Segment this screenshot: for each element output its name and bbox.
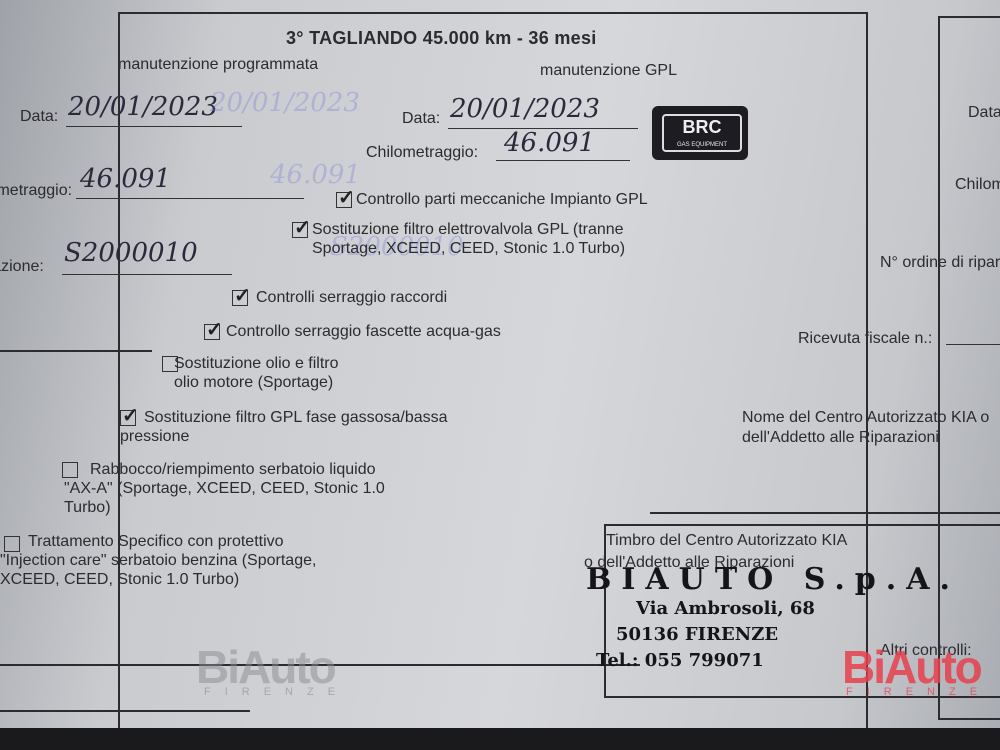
checkbox-3[interactable] [204, 324, 220, 340]
gpl-km-value[interactable]: 46.091 [504, 128, 595, 158]
stamp-phone: Tel.: 055 799071 [596, 650, 764, 671]
watermark-sub: FIRENZE [846, 686, 991, 698]
brc-logo-subtext: GAS EQUIPMENT [664, 141, 740, 149]
date-ghost: 20/01/2023 [210, 88, 360, 118]
next-order-label: N° ordine di riparazione [880, 254, 1000, 272]
stamp-label: Timbro del Centro Autorizzato KIA [606, 532, 847, 550]
watermark-sub-faded: FIRENZE [204, 686, 349, 698]
km-underline [76, 198, 304, 199]
gpl-km-label: Chilometraggio: [366, 144, 478, 162]
checklist-item: Trattamento Specifico con protettivo "In… [0, 532, 320, 589]
checklist-item: Rabbocco/riempimento serbatoio liquido "… [64, 460, 404, 517]
checklist-item: Sostituzione filtro GPL fase gassosa/bas… [120, 408, 470, 446]
checklist-item: Sostituzione filtro elettrovalvola GPL (… [312, 220, 632, 258]
checkbox-2[interactable] [232, 290, 248, 306]
checklist-item: Controllo serraggio fascette acqua-gas [226, 322, 501, 341]
gpl-date-value[interactable]: 20/01/2023 [450, 94, 600, 124]
divider [0, 710, 250, 712]
divider [0, 350, 152, 352]
section-right-label: manutenzione GPL [540, 62, 677, 80]
checklist-item: Controllo parti meccaniche Impianto GPL [356, 190, 648, 209]
gpl-date-label: Data: [402, 110, 440, 128]
order-value[interactable]: S2000010 [64, 238, 198, 268]
stamp-address: Via Ambrosoli, 68 [636, 598, 815, 619]
section-left-label: manutenzione programmata [118, 56, 318, 74]
stamp-company: BIAUTO S.p.A. [586, 562, 960, 597]
next-date-label: Data: [968, 104, 1000, 122]
stamp-city: 50136 FIRENZE [616, 624, 778, 645]
page-title: 3° TAGLIANDO 45.000 km - 36 mesi [286, 28, 597, 49]
photo-bottom-edge [0, 728, 1000, 750]
gpl-km-underline [496, 160, 630, 161]
brc-logo-text: BRC [683, 117, 722, 137]
receipt-underline [946, 344, 1000, 345]
checklist-item: Sostituzione olio e filtro olio motore (… [174, 354, 354, 392]
checkbox-0[interactable] [336, 192, 352, 208]
order-underline [62, 274, 232, 275]
date-label: Data: [20, 108, 58, 126]
divider [650, 512, 1000, 514]
date-value[interactable]: 20/01/2023 [68, 92, 218, 122]
km-label: Chilometraggio: [0, 182, 72, 200]
checklist-item: Controlli serraggio raccordi [256, 288, 447, 307]
next-km-label: Chilometraggio: [955, 176, 1000, 194]
center-name-label: Nome del Centro Autorizzato KIA o dell'A… [742, 408, 1000, 448]
km-value[interactable]: 46.091 [80, 164, 171, 194]
order-label: N° ordine di riparazione: [0, 258, 44, 276]
date-underline [66, 126, 242, 127]
checkbox-1[interactable] [292, 222, 308, 238]
brc-logo: BRC GAS EQUIPMENT [652, 106, 748, 160]
receipt-label: Ricevuta fiscale n.: [798, 330, 932, 348]
